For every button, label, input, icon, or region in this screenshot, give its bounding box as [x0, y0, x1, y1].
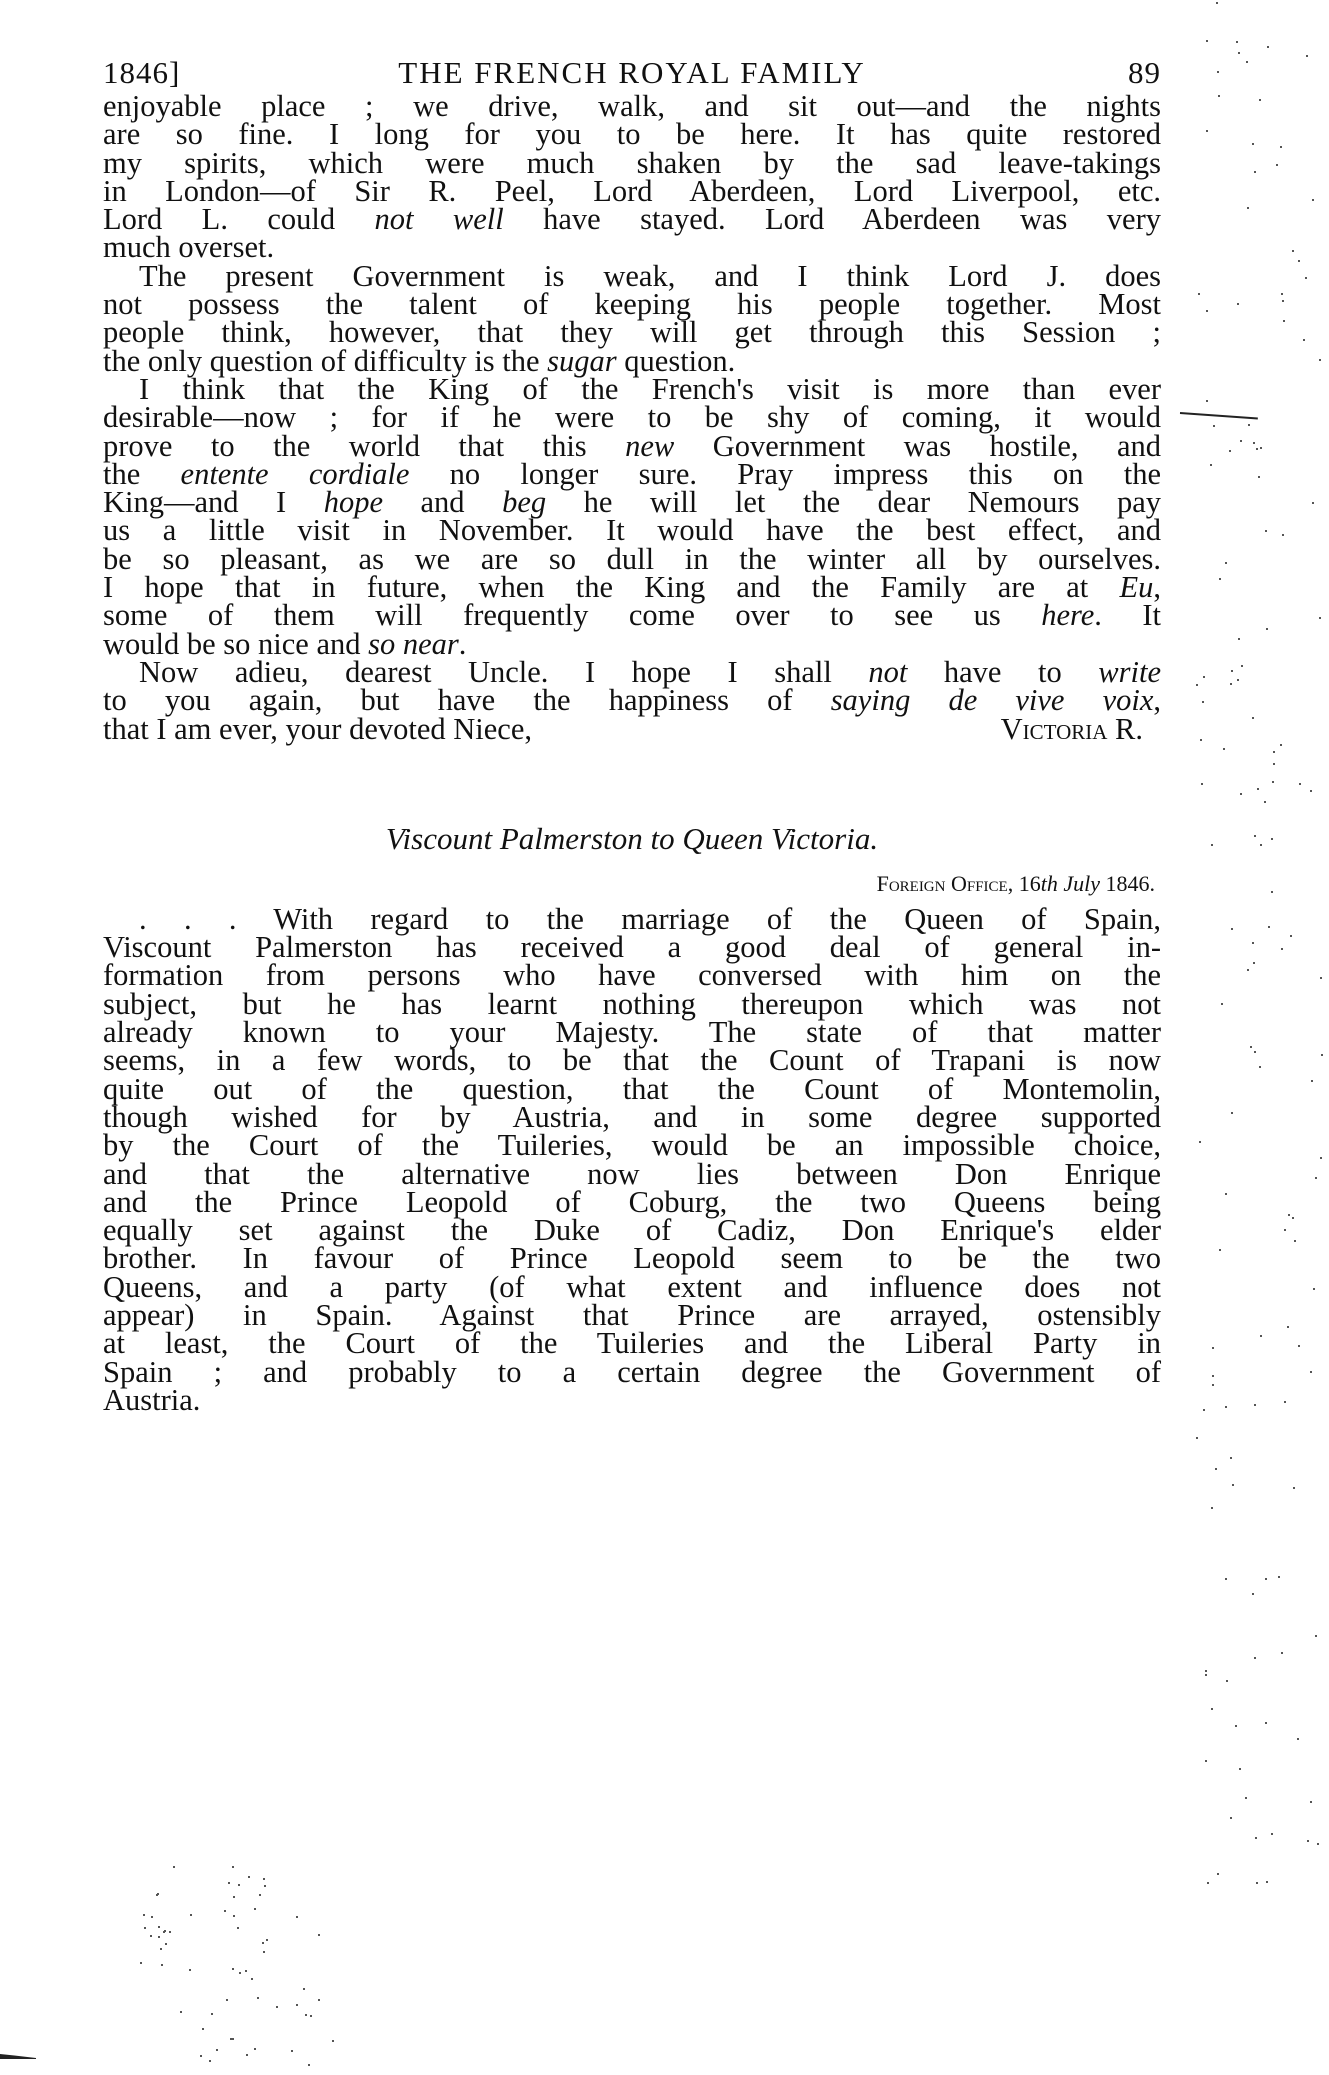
dateline-day-suffix: th: [1041, 871, 1058, 896]
scan-speck: [1218, 95, 1220, 97]
scan-speck: [264, 1885, 266, 1887]
text-line: brother. In favour of Prince Leopold see…: [103, 1244, 1161, 1272]
scan-speck: [1293, 1487, 1295, 1489]
scan-speck: [1259, 1066, 1261, 1068]
scan-speck: [1240, 440, 1242, 442]
scan-speck: [1310, 1801, 1312, 1803]
text-line: Queens, and a party (of what extent and …: [103, 1273, 1161, 1301]
scan-speck: [1223, 748, 1225, 750]
text-line: formation from persons who have converse…: [103, 961, 1161, 989]
scan-speck: [310, 2015, 312, 2017]
scan-speck: [1254, 835, 1256, 837]
scan-speck: [209, 2060, 211, 2062]
scan-speck: [158, 1926, 160, 1928]
scan-speck: [161, 1964, 163, 1966]
scan-speck: [1260, 844, 1262, 846]
scan-speck: [1281, 293, 1283, 295]
scan-speck: [1202, 701, 1204, 703]
scan-speck: [1284, 1229, 1286, 1231]
scan-speck: [1312, 199, 1314, 201]
letter-victoria-to-leopold: enjoyable place ; we drive, walk, and si…: [103, 92, 1161, 743]
scan-speck: [1307, 1840, 1309, 1842]
scan-speck: [1245, 1797, 1247, 1799]
scan-speck: [232, 2038, 234, 2040]
scan-speck: [237, 1927, 239, 1929]
scan-speck: [1247, 207, 1249, 209]
scan-speck: [245, 1970, 247, 1972]
scan-speck: [202, 2028, 204, 2030]
signature: Victoria R.: [1001, 715, 1143, 743]
text-line: the only question of difficulty is the s…: [103, 347, 1161, 375]
scan-speck: [1271, 838, 1273, 840]
scan-speck: [296, 2004, 298, 2006]
text-line: are so fine. I long for you to be here. …: [103, 120, 1161, 148]
scan-mark-corner: [0, 2054, 36, 2059]
scan-speck: [150, 1935, 152, 1937]
scan-speck: [1219, 1249, 1221, 1251]
scan-speck: [1230, 1817, 1232, 1819]
scan-speck: [1306, 55, 1308, 57]
running-head: 1846] THE FRENCH ROYAL FAMILY 89: [103, 55, 1161, 91]
scan-speck: [1303, 339, 1305, 341]
scan-speck: [233, 1915, 235, 1917]
scan-speck: [143, 1914, 145, 1916]
scan-speck: [216, 2049, 218, 2051]
scan-speck: [1206, 130, 1208, 132]
text-line: and the Prince Leopold of Coburg, the tw…: [103, 1188, 1161, 1216]
text-line: enjoyable place ; we drive, walk, and si…: [103, 92, 1161, 120]
scan-speck: [1253, 442, 1255, 444]
text-line: prove to the world that this new Governm…: [103, 432, 1161, 460]
scan-speck: [1236, 41, 1238, 43]
scan-speck: [180, 2011, 182, 2013]
scan-speck: [1211, 1708, 1213, 1710]
scan-speck: [1292, 250, 1294, 252]
scan-speck: [140, 1962, 142, 1964]
scan-speck: [1265, 530, 1267, 532]
scan-speck: [318, 1934, 320, 1936]
italic-emphasis: here: [1041, 598, 1094, 632]
scan-speck: [1264, 801, 1266, 803]
scan-speck: [1310, 1371, 1312, 1373]
scan-speck: [163, 1931, 165, 1933]
scan-speck: [1231, 1112, 1233, 1114]
text-line: quite out of the question, that the Coun…: [103, 1075, 1161, 1103]
scan-speck: [1281, 948, 1283, 950]
scan-speck: [1246, 61, 1248, 63]
text-line: by the Court of the Tuileries, would be …: [103, 1131, 1161, 1159]
scan-speck: [1238, 638, 1240, 640]
paragraph-start-line: . . . With regard to the marriage of the…: [103, 905, 1161, 933]
italic-emphasis: not well: [375, 202, 504, 236]
scan-speck: [1259, 99, 1261, 101]
scan-speck: [1260, 1335, 1262, 1337]
scan-speck: [303, 1988, 305, 1990]
letter-palmerston-to-victoria: Viscount Palmerston to Queen Victoria. F…: [103, 819, 1161, 1414]
scan-speck: [1232, 1484, 1234, 1486]
scan-speck: [1310, 790, 1312, 792]
scan-speck: [276, 2006, 278, 2008]
scan-speck: [1225, 1406, 1227, 1408]
scan-speck: [1278, 1576, 1280, 1578]
text-line: at least, the Court of the Tuileries and…: [103, 1329, 1161, 1357]
text-line: to you again, but have the happiness of …: [103, 686, 1161, 714]
scan-speck: [1230, 1457, 1232, 1459]
scan-speck: [1297, 1738, 1299, 1740]
scan-speck: [169, 1931, 171, 1933]
scan-speck: [1225, 562, 1227, 564]
scan-speck: [1215, 1468, 1217, 1470]
scan-speck: [1207, 1882, 1209, 1884]
scan-speck: [1292, 1217, 1294, 1219]
scan-speck: [1199, 1141, 1201, 1143]
text-line: and that the alternative now lies betwee…: [103, 1160, 1161, 1188]
letter-heading: Viscount Palmerston to Queen Victoria.: [103, 819, 1161, 859]
scan-speck: [232, 1866, 234, 1868]
scan-speck: [1252, 143, 1254, 145]
scan-speck: [1273, 763, 1275, 765]
text-line: us a little visit in November. It would …: [103, 516, 1161, 544]
text-line: people think, however, that they will ge…: [103, 318, 1161, 346]
scan-speck: [1229, 450, 1231, 452]
scan-mark-line: [1180, 412, 1258, 419]
scan-speck: [1231, 928, 1233, 930]
scan-speck: [1287, 1326, 1289, 1328]
scan-speck: [1321, 1054, 1323, 1056]
paragraph-start-line: Now adieu, dearest Uncle. I hope I shall…: [103, 658, 1161, 686]
scan-speck: [1211, 844, 1213, 846]
text-line: Lord L. could not well have stayed. Lord…: [103, 205, 1161, 233]
scan-speck: [1200, 739, 1202, 741]
scan-speck: [254, 2048, 256, 2050]
scan-speck: [200, 2055, 202, 2057]
scan-speck: [1283, 320, 1285, 322]
scan-speck: [158, 1936, 160, 1938]
text-line: in London—of Sir R. Peel, Lord Aberdeen,…: [103, 177, 1161, 205]
text-line: would be so nice and so near.: [103, 630, 1161, 658]
text-line: the entente cordiale no longer sure. Pra…: [103, 460, 1161, 488]
scan-speck: [1271, 1833, 1273, 1835]
scan-speck: [1298, 260, 1300, 262]
scan-speck: [226, 1999, 228, 2001]
scan-speck: [1254, 1657, 1256, 1659]
scan-speck: [232, 1968, 234, 1970]
scan-speck: [1225, 1193, 1227, 1195]
scan-speck: [1284, 1401, 1286, 1403]
scan-speck: [1217, 1873, 1219, 1875]
scan-speck: [1250, 1046, 1252, 1048]
scan-speck: [1258, 476, 1260, 478]
scan-speck: [1213, 425, 1215, 427]
scan-speck: [1254, 171, 1256, 173]
text-line: I hope that in future, when the King and…: [103, 573, 1161, 601]
scan-speck: [160, 1948, 162, 1950]
scan-speck: [224, 1910, 226, 1912]
scan-speck: [228, 1882, 230, 1884]
scan-speck: [1237, 679, 1239, 681]
scan-speck: [1271, 891, 1273, 893]
scan-speck: [1268, 926, 1270, 928]
scan-speck: [1205, 1674, 1207, 1676]
scan-speck: [1201, 783, 1203, 785]
scan-speck: [266, 1939, 268, 1941]
scan-speck: [1288, 1214, 1290, 1216]
scan-speck: [259, 1894, 261, 1896]
scan-speck: [1280, 744, 1282, 746]
scan-speck: [1266, 1881, 1268, 1883]
scan-speck: [1240, 793, 1242, 795]
scan-speck: [1206, 40, 1208, 42]
scan-speck: [1315, 1635, 1317, 1637]
scan-speck: [1248, 424, 1250, 426]
scan-speck: [1235, 1725, 1237, 1727]
scan-speck: [1205, 1670, 1207, 1672]
scan-speck: [1282, 534, 1284, 536]
text-line: appear) in Spain. Against that Prince ar…: [103, 1301, 1161, 1329]
page-body: enjoyable place ; we drive, walk, and si…: [103, 92, 1161, 1414]
scan-speck: [305, 2014, 307, 2016]
scan-speck: [1217, 71, 1219, 73]
scan-speck: [1205, 1760, 1207, 1762]
scan-speck: [1265, 1578, 1267, 1580]
scan-speck: [1265, 1722, 1267, 1724]
scan-speck: [173, 1866, 175, 1868]
scan-speck: [1196, 684, 1198, 686]
scan-speck: [1237, 303, 1239, 305]
scan-speck: [238, 1884, 240, 1886]
scan-speck: [1298, 1345, 1300, 1347]
dateline-place: Foreign Office,: [877, 871, 1014, 896]
scan-speck: [1315, 1177, 1317, 1179]
text-line: desirable—now ; for if he were to be shy…: [103, 403, 1161, 431]
scan-speck: [1282, 300, 1284, 302]
scan-speck: [1203, 676, 1205, 678]
scan-speck: [1281, 1652, 1283, 1654]
closing-line: that I am ever, your devoted Niece, Vict…: [103, 715, 1161, 743]
scan-speck: [1317, 1843, 1319, 1845]
scan-speck: [1256, 1882, 1258, 1884]
scan-speck: [165, 1943, 167, 1945]
scan-speck: [1206, 310, 1208, 312]
scan-speck: [151, 1916, 153, 1918]
scan-speck: [263, 1951, 265, 1953]
scan-speck: [1241, 665, 1243, 667]
text-line: my spirits, which were much shaken by th…: [103, 149, 1161, 177]
scan-speck: [239, 1972, 241, 1974]
scan-speck: [246, 2054, 248, 2056]
running-head-title: THE FRENCH ROYAL FAMILY: [103, 55, 1161, 91]
scan-speck: [1211, 1507, 1213, 1509]
scan-speck: [1239, 1768, 1241, 1770]
scan-speck: [1260, 447, 1262, 449]
scan-speck: [164, 1930, 166, 1932]
scan-speck: [1276, 164, 1278, 166]
scan-speck: [1206, 400, 1208, 402]
scan-speck: [318, 1999, 320, 2001]
scan-speck: [1272, 781, 1274, 783]
scan-speck: [1253, 962, 1255, 964]
scan-speck: [1294, 1240, 1296, 1242]
scan-speck: [1238, 52, 1240, 54]
scan-speck: [1198, 293, 1200, 295]
scan-speck: [1231, 670, 1233, 672]
text-line: equally set against the Duke of Cadiz, D…: [103, 1216, 1161, 1244]
scan-speck: [1212, 1347, 1214, 1349]
scan-speck: [1225, 1578, 1227, 1580]
scan-speck: [1299, 783, 1301, 785]
scan-speck: [1280, 146, 1282, 148]
scan-speck: [263, 1878, 265, 1880]
dateline-year: 1846.: [1106, 871, 1156, 896]
text-line: subject, but he has learnt nothing there…: [103, 990, 1161, 1018]
scan-speck: [257, 1997, 259, 1999]
paragraph-start-line: I think that the King of the French's vi…: [103, 375, 1161, 403]
scan-speck: [1266, 628, 1268, 630]
scan-speck: [1196, 1437, 1198, 1439]
scan-speck: [1252, 717, 1254, 719]
section-gap: [103, 743, 1161, 819]
dateline-day: 16: [1019, 871, 1041, 896]
text-line: Spain ; and probably to a certain degree…: [103, 1358, 1161, 1386]
scan-speck: [1312, 502, 1314, 504]
scan-speck: [190, 1914, 192, 1916]
dateline-month: July: [1063, 871, 1100, 896]
scan-speck: [1257, 788, 1259, 790]
text-line: not possess the talent of keeping his pe…: [103, 290, 1161, 318]
scan-speck: [1319, 359, 1321, 361]
scan-speck: [251, 1978, 253, 1980]
scan-speck: [1313, 1288, 1315, 1290]
scan-speck: [1256, 448, 1258, 450]
scan-speck: [1320, 1157, 1322, 1159]
page-number: 89: [1128, 55, 1161, 91]
paragraph-start-line: The present Government is weak, and I th…: [103, 262, 1161, 290]
text-line: though wished for by Austria, and in som…: [103, 1103, 1161, 1131]
scan-speck: [1320, 977, 1322, 979]
scan-speck: [1212, 1384, 1214, 1386]
text-line: seems, in a few words, to be that the Co…: [103, 1046, 1161, 1074]
text-line: King—and I hope and beg he will let the …: [103, 488, 1161, 516]
scan-speck: [1254, 1051, 1256, 1053]
text-line: Austria.: [103, 1386, 1161, 1414]
scan-speck: [332, 2040, 334, 2042]
scan-speck: [1203, 1409, 1205, 1411]
scan-speck: [1210, 464, 1212, 466]
scan-speck: [1305, 277, 1307, 279]
scan-speck: [1226, 1680, 1228, 1682]
text-line: already known to your Majesty. The state…: [103, 1018, 1161, 1046]
scan-speck: [248, 1876, 250, 1878]
scan-speck: [144, 1927, 146, 1929]
scan-speck: [1252, 942, 1254, 944]
scan-speck: [156, 1894, 158, 1896]
scan-speck: [1221, 1003, 1223, 1005]
scan-speck: [296, 1916, 298, 1918]
text-line: be so pleasant, as we are so dull in the…: [103, 545, 1161, 573]
scan-speck: [1247, 969, 1249, 971]
dateline: Foreign Office, 16th July 1846.: [103, 869, 1161, 905]
scan-speck: [254, 1908, 256, 1910]
scan-speck: [308, 2064, 310, 2066]
scan-speck: [211, 2013, 213, 2015]
scan-speck: [1219, 578, 1221, 580]
scan-speck: [1267, 46, 1269, 48]
scan-speck: [189, 1969, 191, 1971]
closing-text: that I am ever, your devoted Niece,: [103, 712, 532, 746]
text-line: some of them will frequently come over t…: [103, 601, 1161, 629]
scan-speck: [1230, 683, 1232, 685]
scan-speck: [1273, 751, 1275, 753]
scan-speck: [262, 1942, 264, 1944]
scan-speck: [1252, 1593, 1254, 1595]
scan-speck: [1212, 1375, 1214, 1377]
text-line: much overset.: [103, 233, 1161, 261]
scan-speck: [1311, 1080, 1313, 1082]
scan-speck: [1290, 935, 1292, 937]
text-line: Viscount Palmerston has received a good …: [103, 933, 1161, 961]
scan-speck: [233, 1896, 235, 1898]
scan-speck: [1255, 1837, 1257, 1839]
scan-speck: [1216, 2, 1218, 4]
scan-speck: [291, 2050, 293, 2052]
scan-speck: [1319, 617, 1321, 619]
scan-speck: [1254, 1404, 1256, 1406]
